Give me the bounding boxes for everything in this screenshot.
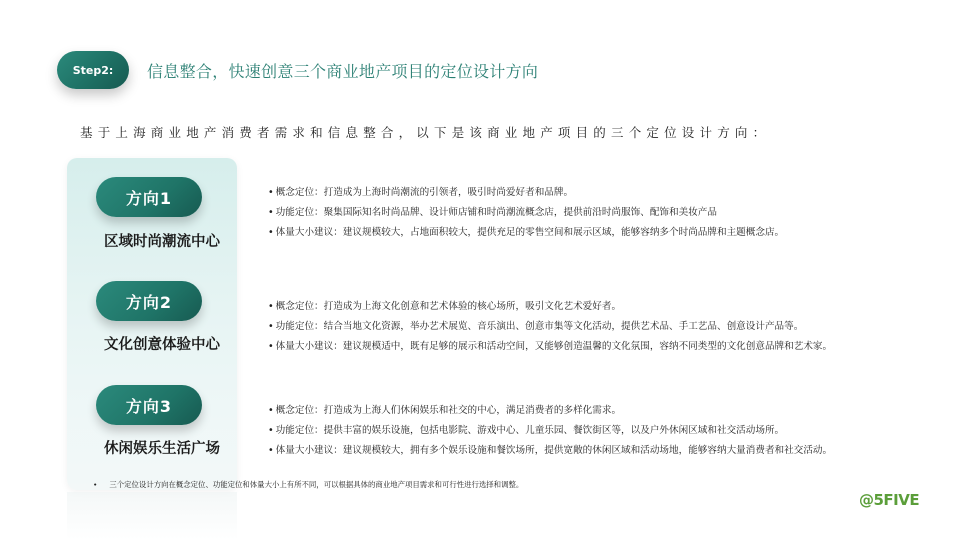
direction-2-bullets: 概念定位：打造成为上海文化创意和艺术体验的核心场所，吸引文化艺术爱好者。 功能定… [268,297,832,357]
bullet-function: 功能定位：结合当地文化资源，举办艺术展览、音乐演出、创意市集等文化活动，提供艺术… [268,317,832,337]
bullet-function: 功能定位：聚集国际知名时尚品牌、设计师店铺和时尚潮流概念店，提供前沿时尚服饰、配… [268,203,784,223]
footnote-bullet: • [93,480,97,489]
bullet-size: 体量大小建议：建议规模较大，拥有多个娱乐设施和餐饮场所，提供宽敞的休闲区域和活动… [268,441,832,461]
direction-1-bullets: 概念定位：打造成为上海时尚潮流的引领者，吸引时尚爱好者和品牌。 功能定位：聚集国… [268,183,784,243]
bullet-function: 功能定位：提供丰富的娱乐设施，包括电影院、游戏中心、儿童乐园、餐饮街区等，以及户… [268,421,832,441]
bullet-concept: 概念定位：打造成为上海时尚潮流的引领者，吸引时尚爱好者和品牌。 [268,183,784,203]
brand-logo: @5FIVE [859,491,919,509]
bullet-size: 体量大小建议：建议规模较大，占地面积较大，提供充足的零售空间和展示区域，能够容纳… [268,223,784,243]
intro-text: 基于上海商业地产消费者需求和信息整合，以下是该商业地产项目的三个定位设计方向： [80,123,770,141]
bullet-size: 体量大小建议：建议规模适中，既有足够的展示和活动空间，又能够创造温馨的文化氛围，… [268,337,832,357]
slide: Step2: 信息整合，快速创意三个商业地产项目的定位设计方向 基于上海商业地产… [0,0,960,540]
footnote-text: 三个定位设计方向在概念定位、功能定位和体量大小上有所不同，可以根据具体的商业地产… [109,480,523,489]
bullet-concept: 概念定位：打造成为上海文化创意和艺术体验的核心场所，吸引文化艺术爱好者。 [268,297,832,317]
direction-2-name: 文化创意体验中心 [67,333,257,354]
direction-3-bullets: 概念定位：打造成为上海人们休闲娱乐和社交的中心，满足消费者的多样化需求。 功能定… [268,401,832,461]
step-badge: Step2: [57,51,129,89]
direction-2-badge: 方向2 [96,281,202,321]
direction-1-badge: 方向1 [96,177,202,217]
footnote: •三个定位设计方向在概念定位、功能定位和体量大小上有所不同，可以根据具体的商业地… [93,479,523,490]
direction-1-name: 区域时尚潮流中心 [67,230,257,251]
page-title: 信息整合，快速创意三个商业地产项目的定位设计方向 [147,59,538,82]
panel-reflection [67,492,237,540]
direction-3-badge: 方向3 [96,385,202,425]
bullet-concept: 概念定位：打造成为上海人们休闲娱乐和社交的中心，满足消费者的多样化需求。 [268,401,832,421]
direction-3-name: 休闲娱乐生活广场 [67,437,257,458]
